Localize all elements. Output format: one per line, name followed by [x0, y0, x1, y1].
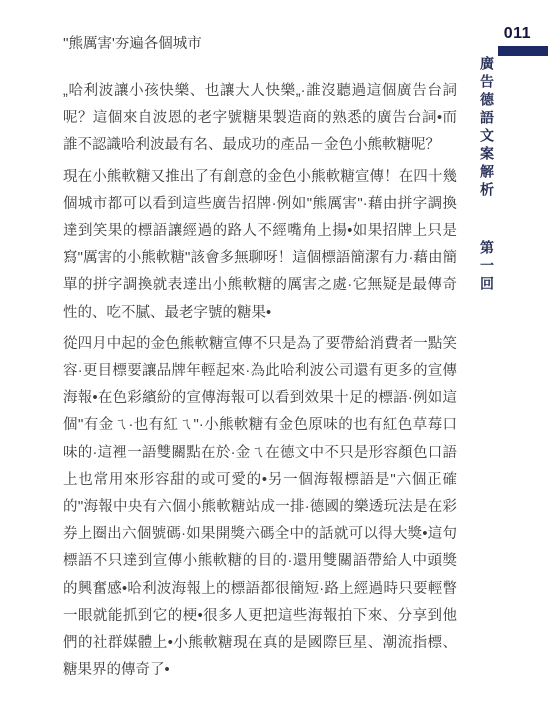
chapter-marker-vertical: 第一回 [477, 240, 497, 294]
article-content: ''熊厲害'夯遍各個城市 „哈利波讓小孩快樂、也讓大人快樂„·誰沒聽過這個廣告台… [63, 28, 457, 688]
page-number: 011 [504, 25, 531, 43]
article-heading: ''熊厲害'夯遍各個城市 [63, 34, 457, 54]
book-page: ''熊厲害'夯遍各個城市 „哈利波讓小孩快樂、也讓大人快樂„·誰沒聽過這個廣告台… [0, 0, 548, 711]
article-paragraph-1: „哈利波讓小孩快樂、也讓大人快樂„·誰沒聽過這個廣告台詞呢？這個來自波恩的老字號… [63, 78, 457, 160]
article-paragraph-2: 現在小熊軟糖又推出了有創意的金色小熊軟糖宣傳！在四十幾個城市都可以看到這些廣告招… [63, 164, 457, 327]
accent-bar [498, 46, 548, 56]
book-title-vertical: 廣告德語文案解析 [477, 56, 497, 200]
article-paragraph-3: 從四月中起的金色熊軟糖宣傳不只是為了要帶給消費者一點笑容·更目標要讓品牌年輕起來… [63, 331, 457, 685]
